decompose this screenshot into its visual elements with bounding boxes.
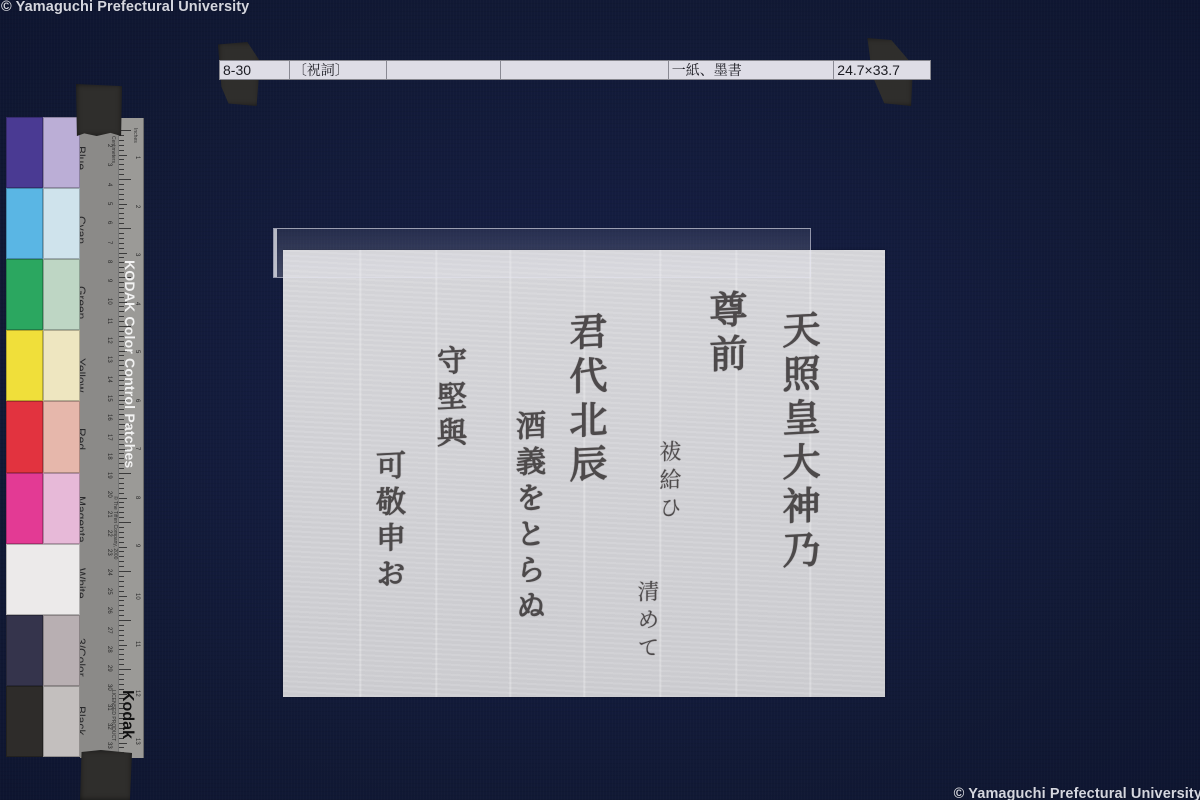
ruler-tick [119, 483, 124, 484]
manuscript-column-6: 酒義をとらぬ [505, 409, 549, 627]
ruler-inch-number: 1 [134, 156, 140, 159]
ruler-tick [119, 532, 124, 533]
ruler-tick [119, 669, 131, 670]
ruler-tick [119, 645, 127, 646]
ruler-tick [119, 493, 124, 494]
ruler-cm-number: 14 [106, 376, 112, 383]
ruler-cm-number: 9 [106, 279, 112, 282]
ruler-tick [119, 174, 124, 175]
ruler-tick [119, 257, 124, 258]
ruler-cm-number: 25 [106, 588, 112, 595]
manuscript-document: 天照皇大神乃 尊前 祓給ひ 清めて 君代北辰 酒義をとらぬ 守堅與 可敬申お [283, 250, 885, 697]
patch-white [6, 544, 80, 615]
ruler-cm-number: 2 [106, 144, 112, 147]
manuscript-column-7: 守堅與 [426, 344, 470, 454]
catalog-label-bar: 8-30 〔祝詞〕 一紙、墨書 24.7×33.7 [219, 60, 931, 80]
ruler-tick [119, 649, 124, 650]
patch-label-green: Green [80, 286, 88, 319]
ruler-tick [119, 253, 127, 254]
ruler-tick [119, 248, 124, 249]
ruler-tick [119, 659, 124, 660]
ruler-tick [119, 473, 131, 474]
kodak-ruler-strip: Blue Cyan Green Yellow Red Magenta White… [80, 118, 144, 758]
ruler-tick [119, 194, 124, 195]
ruler-tick [119, 150, 124, 151]
ruler-tick [119, 654, 124, 655]
ruler-tick [119, 571, 131, 572]
manuscript-column-3: 祓給ひ [653, 439, 684, 525]
patch-red-light [43, 401, 80, 472]
ruler-cm-number: 26 [106, 607, 112, 614]
ruler-tick [119, 625, 124, 626]
ruler-inch-number: 8 [134, 496, 140, 499]
ruler-inch-number: 10 [134, 593, 140, 600]
ruler-tick [119, 502, 124, 503]
ruler-tick [119, 684, 124, 685]
empty-cell-1 [387, 61, 502, 79]
ruler-tick [119, 664, 124, 665]
ruler-tick [119, 620, 131, 621]
patch-cyan-light [43, 188, 80, 259]
ruler-tick [119, 527, 124, 528]
empty-cell-2 [501, 61, 669, 79]
ruler-cm-number: 32 [106, 723, 112, 730]
patch-label-3color: 3/Color [80, 638, 88, 677]
ruler-tick [119, 478, 124, 479]
ruler-inch-number: 7 [134, 447, 140, 450]
ruler-cm-number: 18 [106, 453, 112, 460]
patch-row-magenta [6, 473, 80, 544]
ruler-tick [119, 155, 127, 156]
ruler-tick [119, 640, 124, 641]
patch-yellow-light [43, 330, 80, 401]
patch-yellow-dark [6, 330, 43, 401]
ruler-tick [119, 145, 124, 146]
document-dimensions-cell: 24.7×33.7 [834, 61, 930, 79]
ruler-cm-number: 20 [106, 491, 112, 498]
ruler-tick [119, 537, 124, 538]
ruler-cm-number: 16 [106, 414, 112, 421]
manuscript-column-5: 君代北辰 [558, 311, 613, 490]
ruler-tick [119, 169, 124, 170]
ruler-tick [119, 223, 124, 224]
ruler-cm-number: 30 [106, 684, 112, 691]
ruler-tick [119, 674, 124, 675]
ruler-cm-number: 7 [106, 241, 112, 244]
ruler-copyright: © The Tiffen Company, 2000 [112, 496, 118, 559]
plastic-mounting-strip [273, 228, 811, 278]
manuscript-column-2: 尊前 [698, 289, 753, 380]
patch-row-cyan [6, 188, 80, 259]
ruler-cm-number: 5 [106, 202, 112, 205]
copyright-watermark-top: © Yamaguchi Prefectural University [1, 0, 249, 15]
ruler-cm-number: 13 [106, 356, 112, 363]
ruler-tick [119, 615, 124, 616]
ruler-inch-number: 11 [134, 641, 140, 647]
patch-label-magenta: Magenta [80, 496, 88, 543]
ruler-tick [119, 605, 124, 606]
ruler-cm-number: 19 [106, 472, 112, 479]
ruler-cm-number: 29 [106, 665, 112, 672]
kodak-logo: Kodak [118, 690, 136, 739]
ruler-cm-number: 27 [106, 627, 112, 634]
ruler-tick [119, 512, 124, 513]
patch-green-light [43, 259, 80, 330]
ruler-inch-number: 4 [134, 302, 140, 305]
patch-row-3color [6, 615, 80, 686]
patch-cyan-dark [6, 188, 43, 259]
ruler-tick [119, 517, 124, 518]
ruler-inch-number: 5 [134, 350, 140, 353]
ruler-tick [119, 596, 127, 597]
ruler-tick [119, 184, 124, 185]
ruler-tick [119, 561, 124, 562]
patch-row-white [6, 544, 80, 615]
ruler-tick [119, 551, 124, 552]
ruler-tick [119, 581, 124, 582]
ruler-licensed-product: LICENSED PRODUCT [110, 690, 116, 741]
patch-row-black [6, 686, 80, 757]
ruler-tick [119, 140, 124, 141]
ruler-title: KODAK Color Control Patches [122, 260, 138, 468]
catalog-number-cell: 8-30 [220, 61, 290, 79]
patch-3color-light [43, 615, 80, 686]
ruler-cm-number: 23 [106, 549, 112, 556]
ruler-tick [119, 159, 124, 160]
ruler-inch-number: 2 [134, 205, 140, 208]
patch-row-green [6, 259, 80, 330]
patch-blue-dark [6, 117, 43, 188]
ruler-tick [119, 189, 124, 190]
ruler-inch-number: 9 [134, 544, 140, 547]
document-title-cell: 〔祝詞〕 [290, 61, 387, 79]
patch-3color-dark [6, 615, 43, 686]
ruler-inch-number: 13 [134, 738, 140, 745]
ruler-tick [119, 164, 124, 165]
ruler-cm-number: 33 [106, 742, 112, 749]
ruler-tick [119, 204, 127, 205]
patch-row-red [6, 401, 80, 472]
ruler-cm-number: 22 [106, 530, 112, 537]
ruler-tick [119, 228, 131, 229]
ruler-cm-number: 4 [106, 183, 112, 186]
ruler-tick [119, 199, 124, 200]
ruler-tick [119, 547, 127, 548]
ruler-cm-number: 11 [106, 318, 112, 324]
ruler-cm-number: 3 [106, 163, 112, 166]
ruler-tick [119, 747, 124, 748]
ruler-tick [119, 679, 124, 680]
patch-label-yellow: Yellow [80, 358, 88, 392]
ruler-tick [119, 243, 124, 244]
ruler-tick [119, 586, 124, 587]
ruler-tick [119, 630, 124, 631]
patch-green-dark [6, 259, 43, 330]
ruler-tick [119, 488, 124, 489]
ruler-tick [119, 233, 124, 234]
patch-magenta-light [43, 473, 80, 544]
patch-red-dark [6, 401, 43, 472]
ruler-tick [119, 218, 124, 219]
ruler-units-cm: Centimeters [110, 136, 116, 163]
manuscript-column-1: 天照皇大神乃 [771, 309, 826, 576]
ruler-tick [119, 743, 127, 744]
ruler-tick [119, 208, 124, 209]
patch-black-dark [6, 686, 43, 757]
patch-row-yellow [6, 330, 80, 401]
ruler-tick [119, 576, 124, 577]
ruler-tick [119, 522, 131, 523]
ruler-tick [119, 566, 124, 567]
patch-row-blue [6, 117, 80, 188]
ruler-units-inches: Inches [132, 128, 138, 143]
ruler-cm-number: 8 [106, 260, 112, 263]
ruler-tick [119, 635, 124, 636]
manuscript-column-4: 清めて [631, 579, 662, 665]
ruler-tick [119, 179, 131, 180]
patch-blue-light [43, 117, 80, 188]
ruler-cm-number: 17 [106, 434, 112, 441]
ruler-cm-number: 21 [106, 511, 112, 518]
patch-magenta-dark [6, 473, 43, 544]
ruler-tick [119, 238, 124, 239]
document-format-cell: 一紙、墨書 [669, 61, 835, 79]
ruler-tick [119, 556, 124, 557]
ruler-tick [119, 213, 124, 214]
patch-label-white: White [80, 568, 88, 599]
ruler-tick [119, 507, 124, 508]
patch-label-cyan: Cyan [80, 216, 88, 244]
ruler-cm-number: 28 [106, 646, 112, 653]
ruler-inch-number: 6 [134, 399, 140, 402]
patch-label-black: Black [80, 706, 88, 735]
ruler-inch-number: 12 [134, 690, 140, 697]
manuscript-column-8: 可敬申お [365, 449, 409, 595]
patch-black-light [43, 686, 80, 757]
ruler-tick [119, 600, 124, 601]
color-control-patches [6, 117, 80, 757]
ruler-cm-number: 15 [106, 395, 112, 402]
ruler-cm-number: 10 [106, 298, 112, 305]
tape-ruler-top [76, 84, 122, 136]
ruler-tick [119, 610, 124, 611]
patch-label-blue: Blue [80, 146, 88, 170]
ruler-cm-number: 31 [106, 704, 112, 711]
ruler-cm-number: 6 [106, 221, 112, 224]
patch-label-red: Red [80, 428, 88, 450]
ruler-inch-number: 3 [134, 253, 140, 256]
ruler-cm-number: 24 [106, 569, 112, 576]
tape-ruler-bottom [80, 750, 132, 800]
copyright-watermark-bottom: © Yamaguchi Prefectural University [954, 786, 1200, 800]
ruler-tick [119, 591, 124, 592]
ruler-tick [119, 542, 124, 543]
ruler-tick [119, 498, 127, 499]
ruler-cm-number: 12 [106, 337, 112, 344]
